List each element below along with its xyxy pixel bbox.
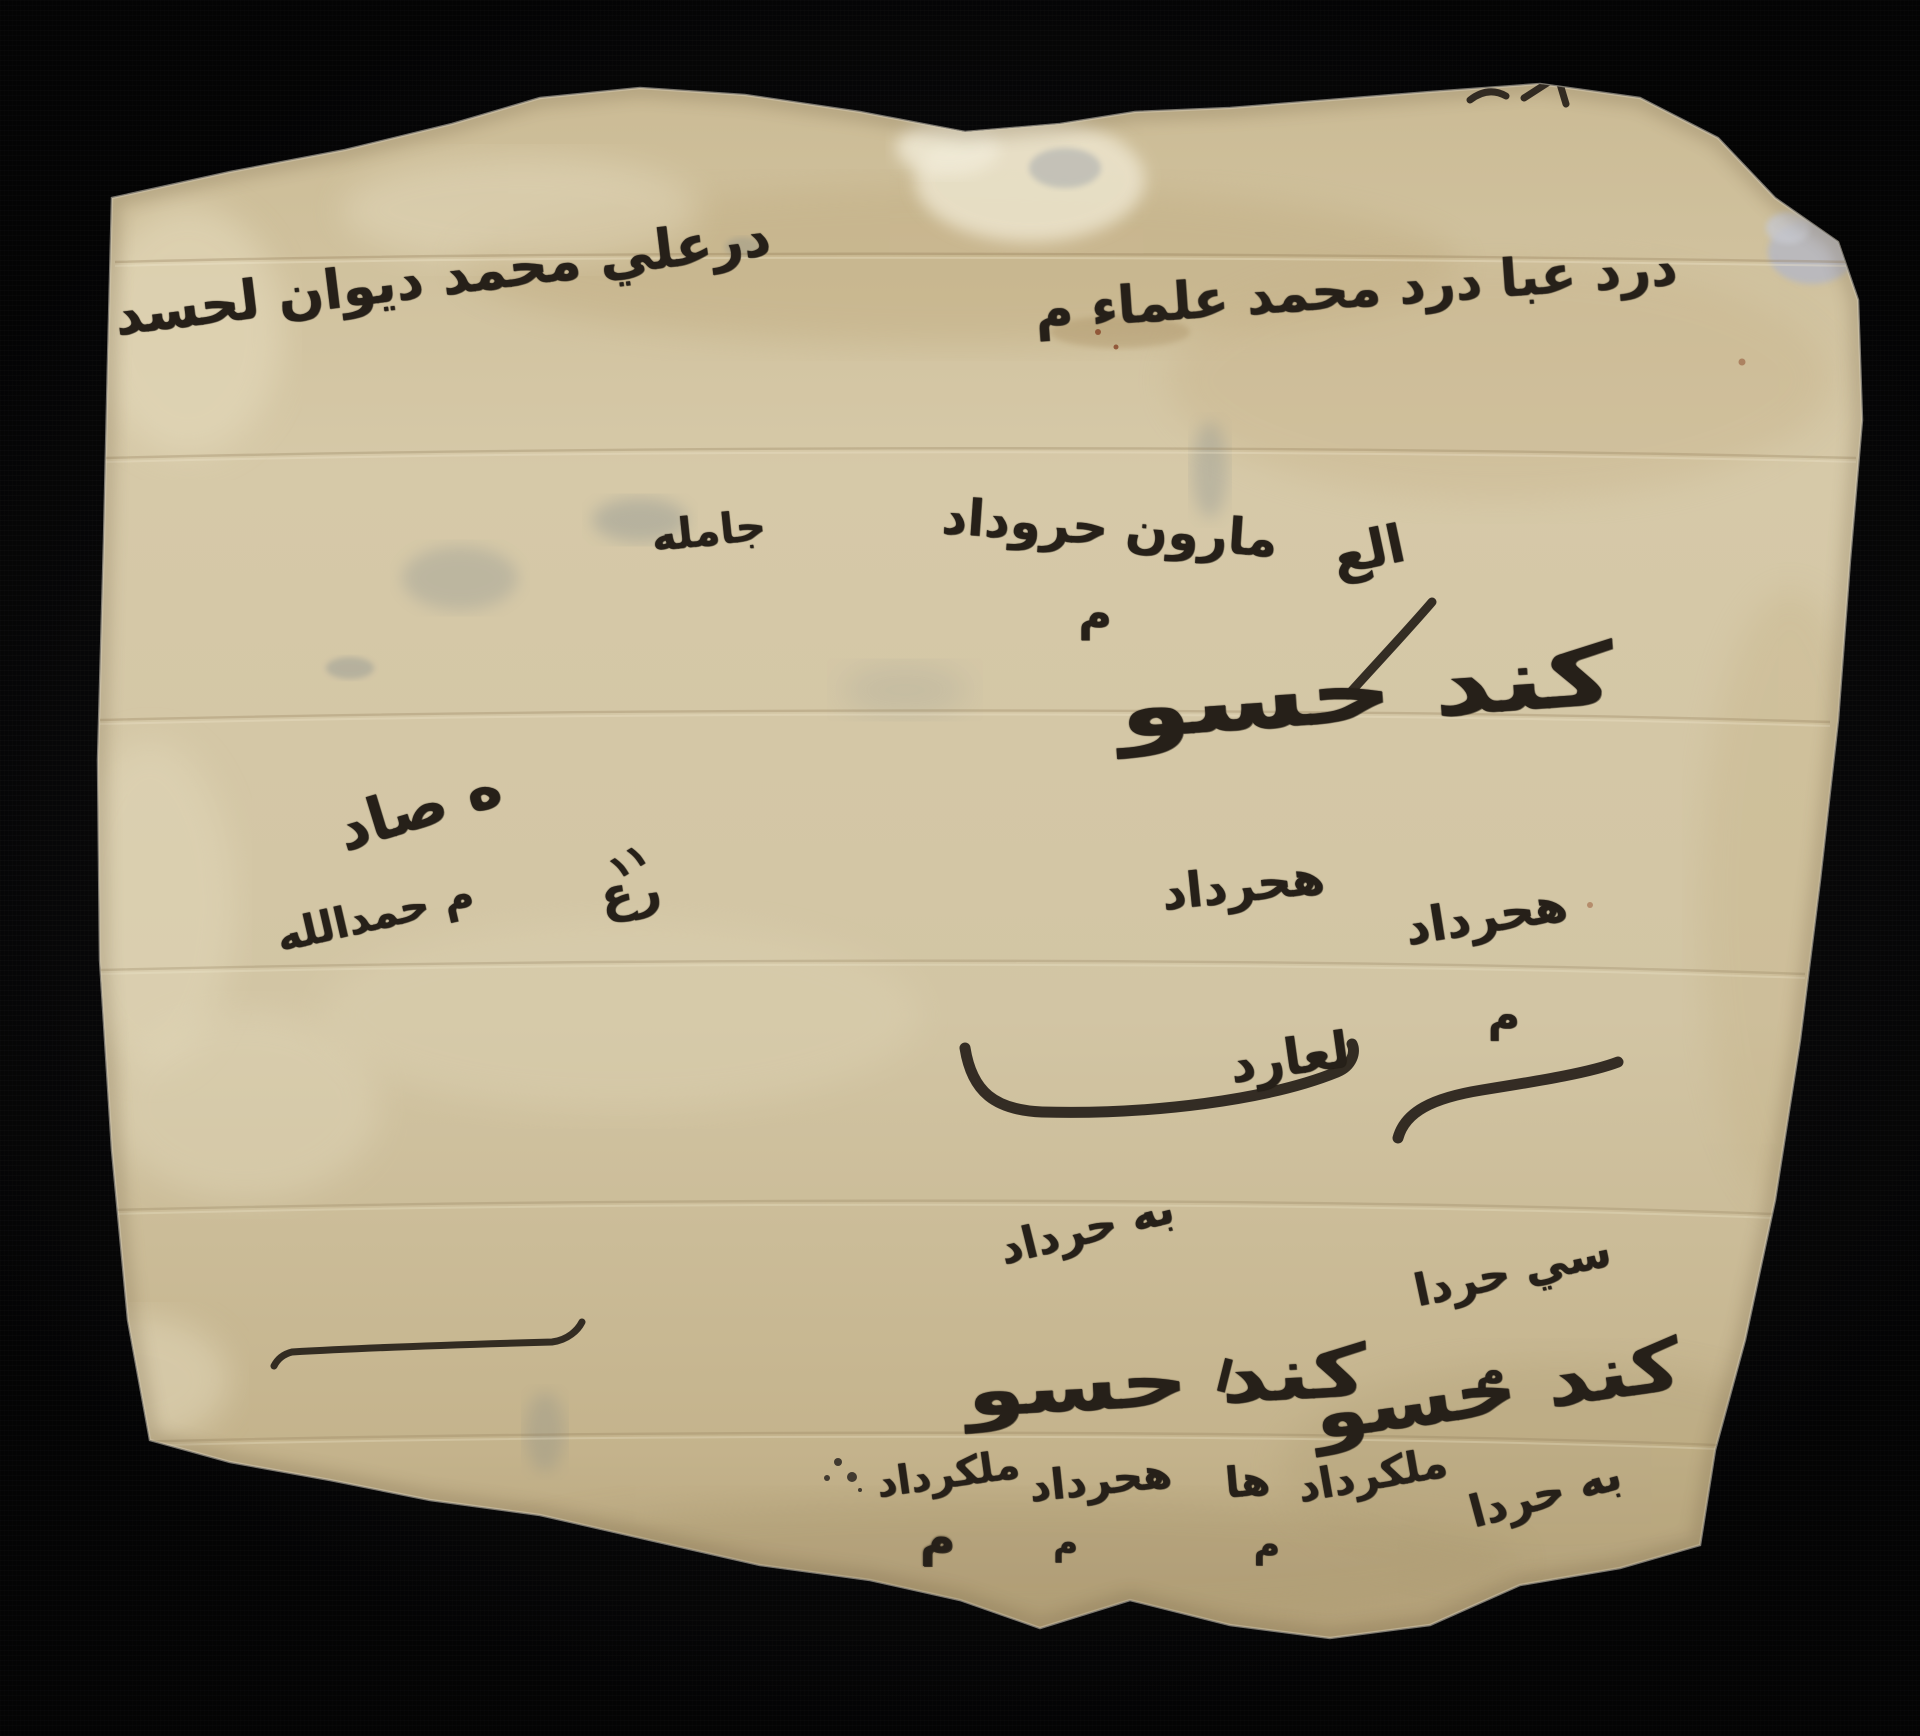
inscription-mim-bold-bottom: م: [900, 1514, 955, 1562]
inscription-mim-small-bottom-1: م: [1038, 1526, 1078, 1560]
inscription-mim-under-hkhordad: م: [1460, 994, 1520, 1038]
manuscript-photo: درعلي محمد ديوان لحسددرد عبا درد محمد عل…: [0, 0, 1920, 1736]
inscription-ha-bottom: ها: [1193, 1459, 1271, 1507]
inscription-mim-small-bottom-2: م: [1235, 1528, 1280, 1564]
inscription-mim-under-marun: م: [1052, 590, 1112, 636]
